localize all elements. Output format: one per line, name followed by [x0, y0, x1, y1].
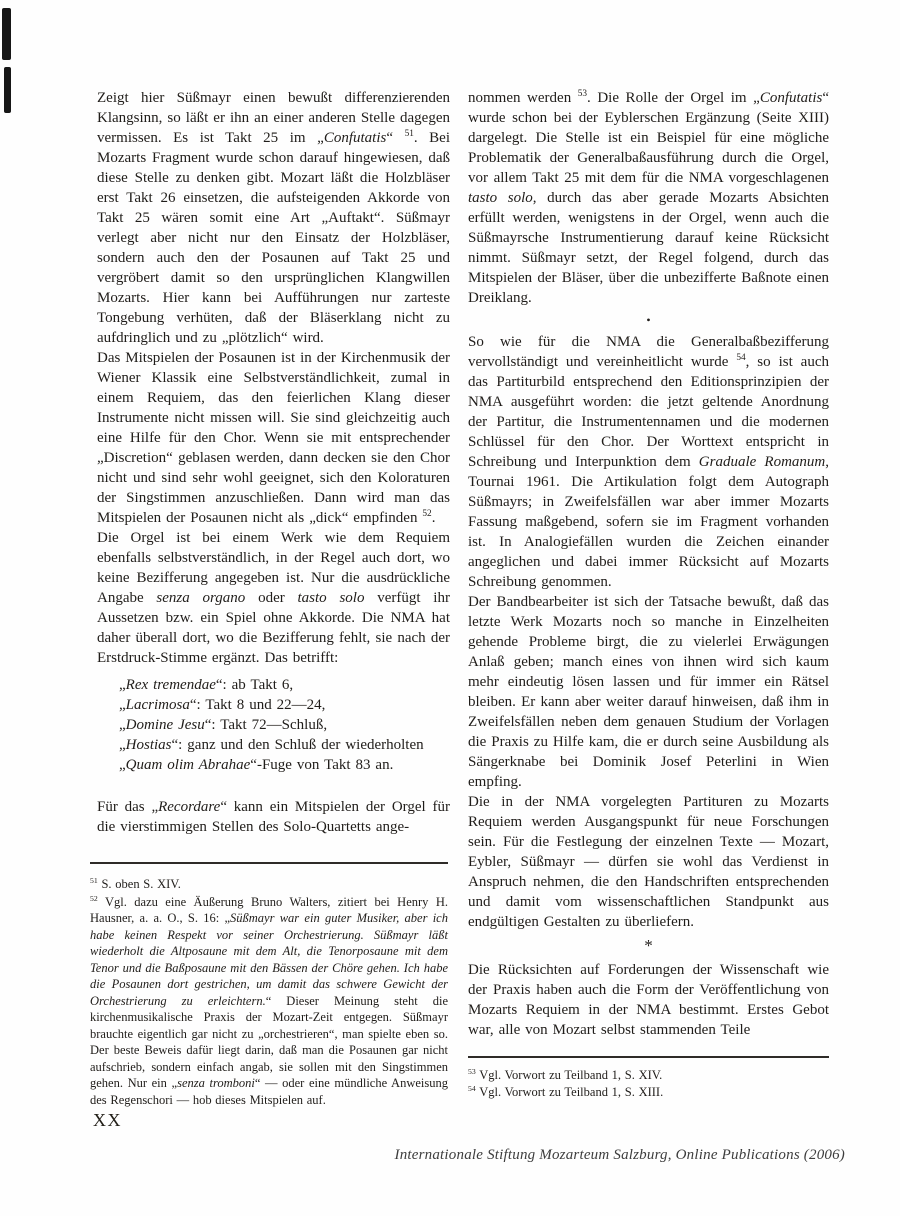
list-item: „Hostias“: ganz und den Schluß der wiede…: [119, 735, 450, 755]
footnote-52: 52 Vgl. dazu eine Äußerung Bruno Walters…: [90, 894, 448, 1109]
paragraph: Für das „Recordare“ kann ein Mitspielen …: [97, 797, 450, 837]
footnote-51: 51 S. oben S. XIV.: [90, 876, 448, 893]
footer-credit: Internationale Stiftung Mozarteum Salzbu…: [395, 1147, 846, 1164]
paragraph: Die Orgel ist bei einem Werk wie dem Req…: [97, 528, 450, 668]
scan-artifact-mark: [4, 67, 11, 113]
paragraph: Zeigt hier Süßmayr einen bewußt differen…: [97, 88, 450, 348]
paragraph: nommen werden 53. Die Rolle der Orgel im…: [468, 88, 829, 308]
list-item: „Lacrimosa“: Takt 8 und 22—24,: [119, 695, 450, 715]
list-item: „Domine Jesu“: Takt 72—Schluß,: [119, 715, 450, 735]
paragraph: Die in der NMA vorgelegten Partituren zu…: [468, 792, 829, 932]
right-footnotes: 53 Vgl. Vorwort zu Teilband 1, S. XIV. 5…: [468, 1056, 829, 1100]
list-item: „Rex tremendae“: ab Takt 6,: [119, 675, 450, 695]
movement-list: „Rex tremendae“: ab Takt 6, „Lacrimosa“:…: [119, 675, 450, 775]
page-number: XX: [93, 1110, 122, 1131]
footnote-54: 54 Vgl. Vorwort zu Teilband 1, S. XIII.: [468, 1084, 829, 1101]
paragraph: Das Mitspielen der Posaunen ist in der K…: [97, 348, 450, 528]
paragraph: Der Bandbearbeiter ist sich der Tatsache…: [468, 592, 829, 792]
section-separator-asterisk: *: [468, 935, 829, 957]
paragraph: So wie für die NMA die Generalbaßbeziffe…: [468, 332, 829, 592]
right-column: nommen werden 53. Die Rolle der Orgel im…: [468, 88, 829, 1040]
left-column: Zeigt hier Süßmayr einen bewußt differen…: [97, 88, 450, 837]
section-separator: •: [468, 311, 829, 329]
paragraph: Die Rücksichten auf Forderungen der Wiss…: [468, 960, 829, 1040]
list-item: „Quam olim Abrahae“-Fuge von Takt 83 an.: [119, 755, 450, 775]
scan-artifact-mark: [2, 8, 11, 60]
footnote-53: 53 Vgl. Vorwort zu Teilband 1, S. XIV.: [468, 1067, 829, 1084]
left-footnotes: 51 S. oben S. XIV. 52 Vgl. dazu eine Äuß…: [90, 862, 448, 1109]
